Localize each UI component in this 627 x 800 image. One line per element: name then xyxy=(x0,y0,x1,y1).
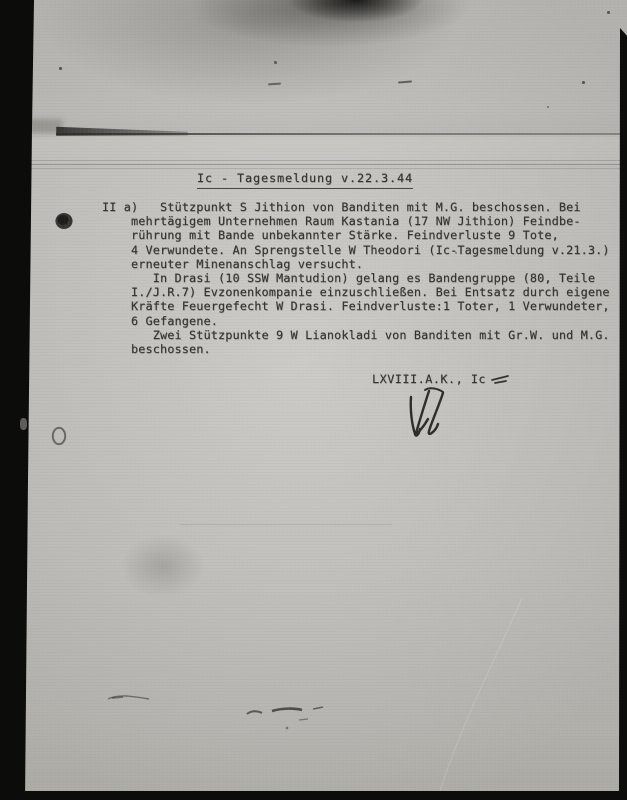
pencil-scratch xyxy=(272,709,302,711)
photo-border-right xyxy=(617,28,627,800)
pencil-scratch xyxy=(112,697,123,698)
signature-initials-stroke xyxy=(411,397,420,436)
ink-blob-dot-core xyxy=(58,215,69,225)
scanned-document-photo: Ic - Tagesmeldung v.22.3.44 II a) Stützp… xyxy=(0,0,627,800)
pencil-scratch xyxy=(247,711,262,714)
paper-fold-line xyxy=(56,133,627,135)
body-line: Kräfte Feuergefecht W Drasi. Feindverlus… xyxy=(102,299,610,313)
paper-speck xyxy=(59,67,62,70)
body-line: erneuter Minenanschlag versucht. xyxy=(102,257,610,271)
faint-ruled-line xyxy=(28,164,620,165)
body-line: 4 Verwundete. An Sprengstelle W Theodori… xyxy=(102,243,610,257)
photo-grain-overlay xyxy=(0,0,627,800)
body-line: In Drasi (10 SSW Mantudion) gelang es Ba… xyxy=(102,271,610,285)
body-line: mehrtägigem Unternehmen Raum Kastania (1… xyxy=(102,214,610,228)
pencil-scratch xyxy=(313,707,323,709)
punch-hole-ring xyxy=(53,428,65,444)
body-line: beschossen. xyxy=(102,342,610,356)
signature-initials-stroke xyxy=(425,388,443,392)
pencil-scratch xyxy=(108,696,149,699)
pencil-scratch xyxy=(299,719,308,720)
body-line: 6 Gefangene. xyxy=(102,314,610,328)
pencil-dash-mark xyxy=(268,83,281,86)
body-line: II a) Stützpunkt S Jithion von Banditen … xyxy=(102,200,610,214)
faint-ruled-line xyxy=(180,524,392,525)
pencil-dash-mark xyxy=(398,80,412,83)
pencil-scratch xyxy=(286,727,289,730)
pen-check-mark xyxy=(492,376,508,383)
faint-ruled-line xyxy=(28,168,620,169)
ink-blob-dot xyxy=(55,213,72,229)
body-line: rührung mit Bande unbekannter Stärke. Fe… xyxy=(102,228,610,242)
paper-speck xyxy=(547,106,549,108)
light-scratch xyxy=(440,598,522,791)
photo-border-bottom xyxy=(0,791,627,800)
handwritten-marks-layer xyxy=(0,0,627,800)
document-title: Ic - Tagesmeldung v.22.3.44 xyxy=(197,171,413,189)
faint-ruled-line xyxy=(28,160,620,161)
paper-speck xyxy=(607,11,610,14)
signature-initials-stroke xyxy=(416,391,429,434)
photo-border-left xyxy=(0,0,36,800)
body-line: Zwei Stützpunkte 9 W Lianokladi von Band… xyxy=(102,328,610,342)
paper-speck xyxy=(582,81,585,84)
signature-unit-line: LXVIII.A.K., Ic xyxy=(372,372,486,386)
body-line: I./J.R.7) Evzonenkompanie einzuschließen… xyxy=(102,285,610,299)
border-dust-speck xyxy=(20,418,27,430)
paper-speck xyxy=(274,61,277,64)
signature-initials-stroke xyxy=(429,393,443,434)
document-body: II a) Stützpunkt S Jithion von Banditen … xyxy=(102,200,610,356)
